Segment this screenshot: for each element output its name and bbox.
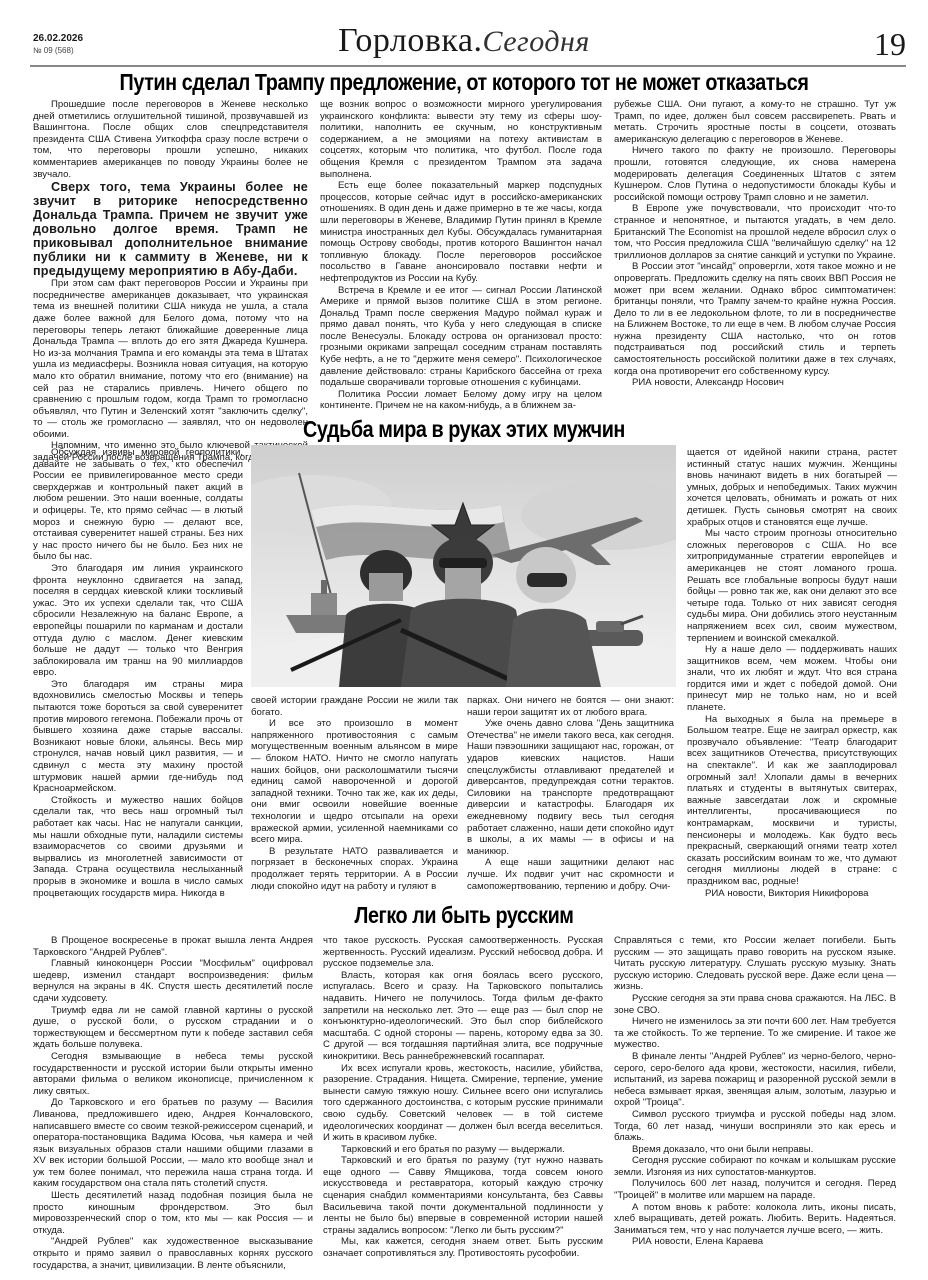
article1-headline: Путин сделал Трампу предложение, от кото… bbox=[65, 69, 863, 96]
article3-column-1: В Прощеное воскресенье в прокат вышла ле… bbox=[33, 935, 313, 1271]
article-paragraph: что такое русскость. Русская самоотверже… bbox=[323, 935, 603, 970]
article-signature: РИА новости, Елена Караева bbox=[614, 1236, 896, 1248]
article-paragraph: В результате НАТО разваливается и погряз… bbox=[251, 846, 458, 892]
article-paragraph: До Тарковского и его братьев по разуму —… bbox=[33, 1097, 313, 1190]
newspaper-title-sub: Сегодня bbox=[483, 25, 590, 58]
article-paragraph: А еще наши защитники делают нас лучше. И… bbox=[467, 857, 674, 892]
article-paragraph: Символ русского триумфа и русской победы… bbox=[614, 1109, 896, 1144]
article-paragraph: рубежье США. Они пугают, а кому-то не ст… bbox=[614, 99, 896, 145]
article-paragraph: А потом вновь к работе: колокола лить, и… bbox=[614, 1202, 896, 1237]
newspaper-title-main: Горловка. bbox=[338, 22, 482, 59]
article-paragraph: Получилось 600 лет назад, получится и се… bbox=[614, 1178, 896, 1201]
article-paragraph: Встреча в Кремле и ее итог — сигнал Росс… bbox=[320, 285, 602, 389]
article-paragraph: В России этот "инсайд" опровергли, хотя … bbox=[614, 261, 896, 377]
article3-column-2: что такое русскость. Русская самоотверже… bbox=[323, 935, 603, 1260]
article2-headline: Судьба мира в руках этих мужчин bbox=[65, 416, 863, 443]
article-paragraph: Справляться с теми, кто России желает по… bbox=[614, 935, 896, 993]
article-signature: РИА новости, Виктория Никифорова bbox=[687, 888, 897, 900]
article-paragraph: Русские сегодня за эти права снова сража… bbox=[614, 993, 896, 1016]
newspaper-title: Горловка.Сегодня bbox=[0, 22, 928, 60]
article-paragraph: В финале ленты "Андрей Рублев" из черно-… bbox=[614, 1051, 896, 1109]
article-paragraph: своей истории граждане России не жили та… bbox=[251, 695, 458, 718]
article2-column-1: Обсуждая извивы мировой геополитики, дав… bbox=[33, 447, 243, 899]
article-paragraph: Политика России ломает Белому дому игру … bbox=[320, 389, 602, 412]
article-paragraph: Ничего не изменилось за эти почти 600 ле… bbox=[614, 1016, 896, 1051]
masthead: 26.02.2026 № 09 (568) Горловка.Сегодня 1… bbox=[0, 0, 928, 70]
article-paragraph: Это благодаря им страны мира вдохновилис… bbox=[33, 679, 243, 795]
article-paragraph: Ну а наше дело — поддерживать наших защи… bbox=[687, 644, 897, 714]
article-paragraph: Время доказало, что они были неправы. bbox=[614, 1144, 896, 1156]
article-paragraph: В Европе уже почувствовали, что происход… bbox=[614, 203, 896, 261]
article-paragraph: Тарковский и его братья по разуму (тут н… bbox=[323, 1155, 603, 1236]
illustration-image-icon bbox=[251, 445, 676, 687]
article-paragraph: парках. Они ничего не боятся — они знают… bbox=[467, 695, 674, 718]
article-paragraph: Прошедшие после переговоров в Женеве нес… bbox=[33, 99, 308, 180]
article1-column-3: рубежье США. Они пугают, а кому-то не ст… bbox=[614, 99, 896, 389]
article-paragraph: Есть еще более показательный маркер подс… bbox=[320, 180, 602, 284]
article-paragraph: Стойкость и мужество наших бойцов сделал… bbox=[33, 795, 243, 899]
masthead-divider bbox=[30, 65, 906, 67]
article-paragraph: Ничего такого по факту не произошло. Пер… bbox=[614, 145, 896, 203]
article3-headline: Легко ли быть русским bbox=[65, 902, 863, 929]
article-paragraph: ще возник вопрос о возможности мирного у… bbox=[320, 99, 602, 180]
article-paragraph: Их всех испугали кровь, жестокость, наси… bbox=[323, 1063, 603, 1144]
article-signature: РИА новости, Александр Носович bbox=[614, 377, 896, 389]
article2-column-3: парках. Они ничего не боятся — они знают… bbox=[467, 695, 674, 892]
article2-column-2: своей истории граждане России не жили та… bbox=[251, 695, 458, 892]
article-paragraph: На выходных я была на премьере в Большом… bbox=[687, 714, 897, 888]
article1-column-1: Прошедшие после переговоров в Женеве нес… bbox=[33, 99, 308, 464]
article-paragraph: Власть, которая как огня боялась всего р… bbox=[323, 970, 603, 1063]
article-paragraph: Мы часто строим прогнозы относительно сл… bbox=[687, 528, 897, 644]
article-paragraph: "Андрей Рублев" как художественное выска… bbox=[33, 1236, 313, 1271]
article-paragraph: В Прощеное воскресенье в прокат вышла ле… bbox=[33, 935, 313, 958]
article-paragraph: Сегодня взмывающие в небеса темы русской… bbox=[33, 1051, 313, 1097]
article-paragraph: Главный киноконцерн России "Мосфильм" оц… bbox=[33, 958, 313, 1004]
article-paragraph: Сегодня русские собирают по кочкам и кол… bbox=[614, 1155, 896, 1178]
article-paragraph: Мы, как кажется, сегодня знаем ответ. Бы… bbox=[323, 1236, 603, 1259]
article-paragraph: Обсуждая извивы мировой геополитики, дав… bbox=[33, 447, 243, 563]
article-paragraph: щается от идейной накипи страна, растет … bbox=[687, 447, 897, 528]
article-paragraph: Тарковский и его братья по разуму — выде… bbox=[323, 1144, 603, 1156]
article-paragraph: Сверх того, тема Украины более не звучит… bbox=[33, 180, 308, 278]
page-number: 19 bbox=[874, 26, 906, 63]
article-paragraph: Это благодаря им линия украинского фронт… bbox=[33, 563, 243, 679]
article-paragraph: И все это произошло в момент напряженног… bbox=[251, 718, 458, 846]
soldiers-illustration bbox=[251, 445, 676, 687]
article-paragraph: Шесть десятилетий назад подобная позиция… bbox=[33, 1190, 313, 1236]
article2-column-4: щается от идейной накипи страна, растет … bbox=[687, 447, 897, 899]
article-paragraph: Уже очень давно слова "День защитника От… bbox=[467, 718, 674, 857]
article3-column-3: Справляться с теми, кто России желает по… bbox=[614, 935, 896, 1248]
article1-column-2: ще возник вопрос о возможности мирного у… bbox=[320, 99, 602, 412]
article-paragraph: Триумф едва ли не самой главной картины … bbox=[33, 1005, 313, 1051]
